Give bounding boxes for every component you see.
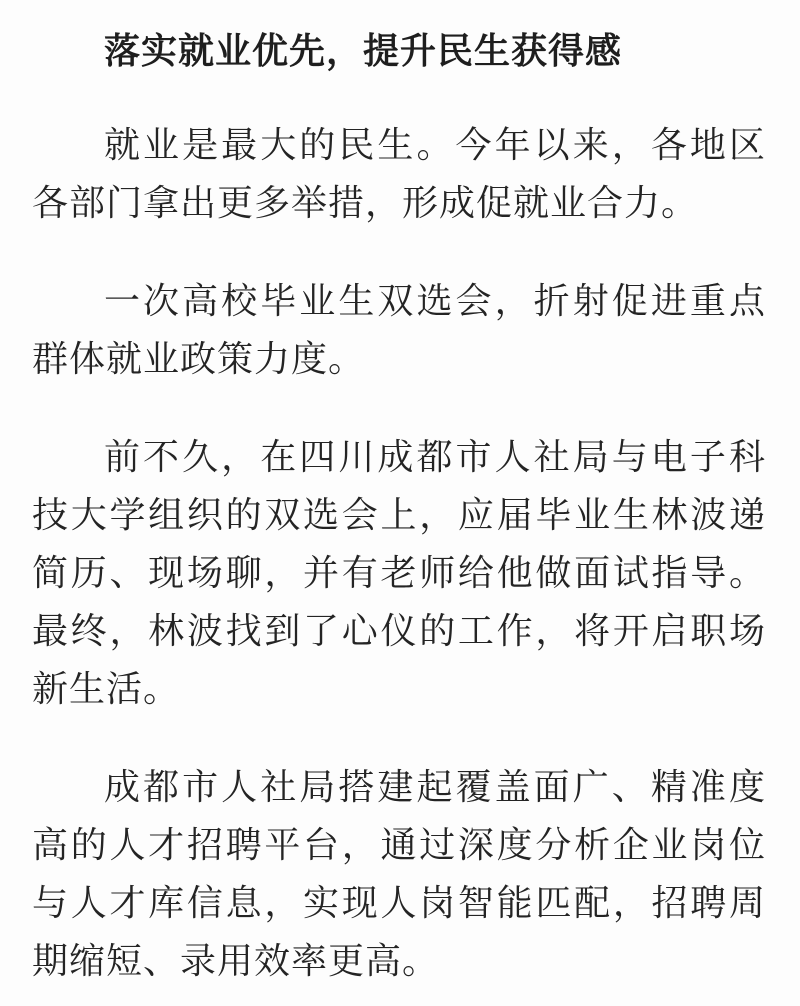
article-paragraph-4: 成都市人社局搭建起覆盖面广、精准度高的人才招聘平台，通过深度分析企业岗位与人才库…	[32, 758, 766, 990]
article-paragraph-3: 前不久，在四川成都市人社局与电子科技大学组织的双选会上，应届毕业生林波递简历、现…	[32, 428, 766, 718]
article-paragraph-2: 一次高校毕业生双选会，折射促进重点群体就业政策力度。	[32, 272, 766, 388]
article-paragraph-1: 就业是最大的民生。今年以来，各地区各部门拿出更多举措，形成促就业合力。	[32, 116, 766, 232]
article-page: 落实就业优先，提升民生获得感 就业是最大的民生。今年以来，各地区各部门拿出更多举…	[0, 0, 800, 1006]
article-title: 落实就业优先，提升民生获得感	[32, 22, 766, 80]
